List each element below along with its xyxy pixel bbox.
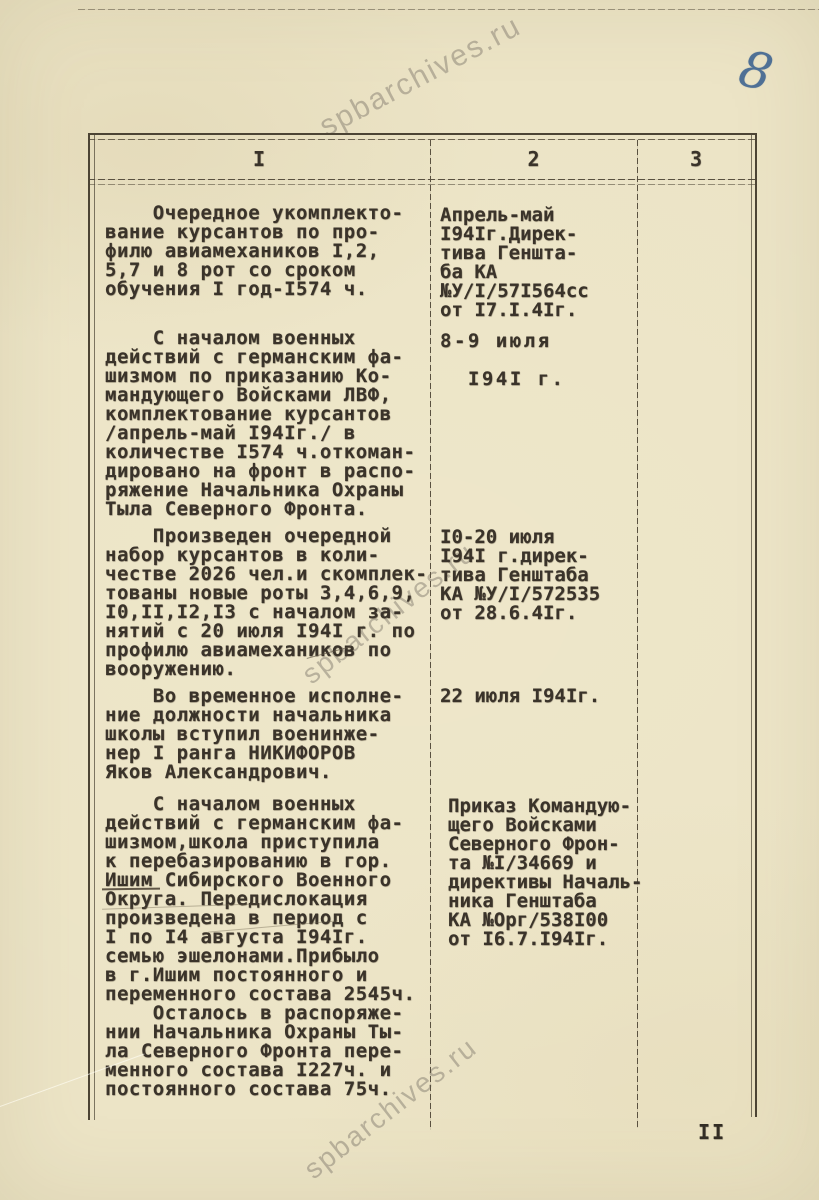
table-right-border-inner-line [751,133,752,1117]
table-left-border-outer-line [88,133,90,1120]
table-row-3-col-2: I0-20 июля I94I г.дирек- тива Генштаба К… [440,528,640,623]
table-row-5-col-2: Приказ Командую- щего Войсками Северного… [448,797,648,949]
header-separator-line-2 [88,184,757,185]
top-edge-dotted-line [78,9,819,10]
table-row-2-col-2: 8-9 июля I94I г. [440,332,640,389]
table-right-border-outer-line [755,133,757,1117]
table-row-3-col-1: Произведен очередной набор курсантов в к… [105,527,447,679]
table-row-5-col-1: С началом военных действий с германским … [105,795,447,1099]
table-row-2-col-1: С началом военных действий с германским … [105,329,443,519]
column-header-1: I [88,147,430,171]
table-top-border-outer-line [88,133,757,135]
table-row-4-col-2: 22 июля I94Iг. [440,687,645,706]
table-row-1-col-2: Апрель-май I94Iг.Дирек- тива Геншта- ба … [440,206,640,320]
column-header-3: 3 [637,147,755,171]
column-header-2: 2 [430,147,637,171]
table-row-4-col-1: Во временное исполне- ние должности нача… [105,687,443,782]
typed-page-number: II [698,1120,726,1144]
table-left-border-inner-line [94,133,95,1120]
table-row-1-col-1: Очередное укомплекто- вание курсантов по… [105,204,443,299]
header-separator-line-1 [88,179,757,180]
table-top-border-inner-line [88,139,757,140]
